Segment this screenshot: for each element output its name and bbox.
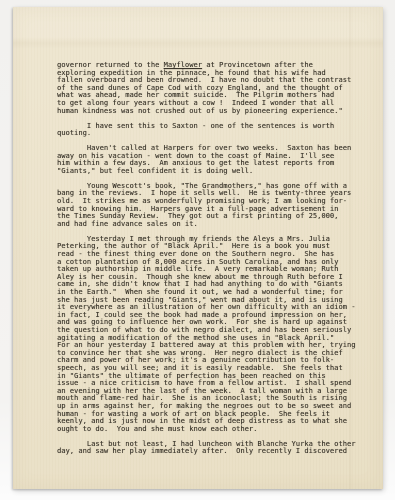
- letter-paragraph: Last but not least, I had luncheon with …: [57, 441, 369, 456]
- letter-line: and had fine advance sales on it.: [57, 221, 369, 229]
- scan-background: governor returned to the Mayflower at Pr…: [0, 0, 395, 500]
- letter-page: governor returned to the Mayflower at Pr…: [13, 7, 383, 489]
- letter-line: day, and saw her play immediately after.…: [57, 448, 369, 456]
- letter-line: I have sent this to Saxton - one of the …: [57, 123, 369, 131]
- letter-paragraph: Yesterday I met through my friends the A…: [57, 236, 369, 433]
- letter-paragraph: Young Wescott's book, "The Grandmothers,…: [57, 183, 369, 229]
- letter-paragraph: I have sent this to Saxton - one of the …: [57, 123, 369, 138]
- letter-line: ought to do. You and she must know each …: [57, 426, 369, 434]
- letter-line: quoting.: [57, 130, 369, 138]
- letter-paragraph: governor returned to the Mayflower at Pr…: [57, 62, 369, 115]
- letter-line: "Giants," but feel confident it is doing…: [57, 168, 369, 176]
- underlined-word: Mayflower: [164, 61, 202, 69]
- letter-line: human kindness was not crushed out of us…: [57, 108, 369, 116]
- letter-paragraph: Haven't called at Harpers for over two w…: [57, 145, 369, 175]
- letter-body: governor returned to the Mayflower at Pr…: [57, 62, 369, 456]
